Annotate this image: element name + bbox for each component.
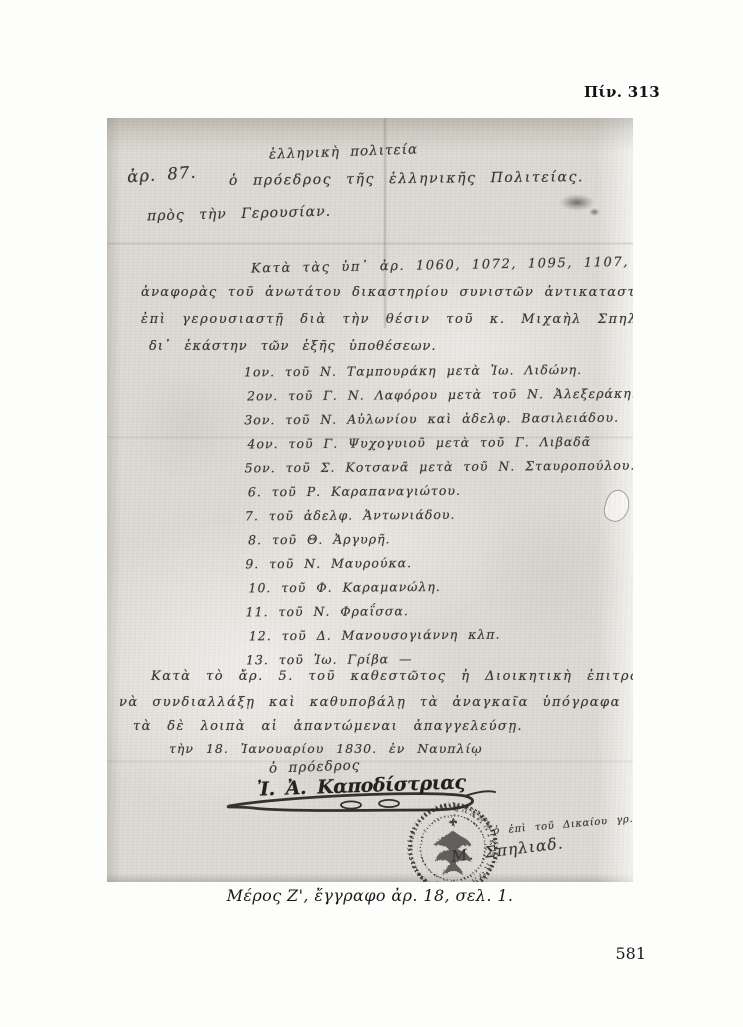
manuscript-doc-number: ἀρ. 87. [126, 163, 197, 187]
case-item: 1ον. τοῦ Ν. Ταμπουράκη μετὰ Ἰω. Λιδώνη. [244, 362, 633, 389]
case-item: 3ον. τοῦ Ν. Αὐλωνίου καὶ ἀδελφ. Βασιλειά… [244, 410, 633, 437]
signature-title: ὁ πρόεδρος [269, 757, 361, 776]
manuscript-issuer: ὁ πρόεδρος τῆς ἑλληνικῆς Πολιτείας. [229, 169, 584, 189]
plate-label: Πίν. 313 [584, 83, 660, 101]
horizontal-fold-crease [107, 242, 633, 245]
case-item: 7. τοῦ ἀδελφ. Ἀντωνιάδου. [245, 506, 633, 533]
manuscript-recipient: πρὸς τὴν Γερουσίαν. [147, 204, 331, 225]
manuscript-photo: ἑλληνικὴ πολιτεία ἀρ. 87. ὁ πρόεδρος τῆς… [107, 118, 633, 882]
case-item: 2ον. τοῦ Γ. Ν. Λαφόρου μετὰ τοῦ Ν. Ἀλεξε… [247, 386, 633, 413]
case-item: 9. τοῦ Ν. Μαυρούκα. [245, 554, 633, 581]
closing-line: τὰ δὲ λοιπὰ αἱ ἀπαντώμεναι ἀπαγγελεύσῃ. [133, 719, 523, 734]
manuscript-title: ἑλληνικὴ πολιτεία [269, 141, 419, 162]
case-item: 5ον. τοῦ Σ. Κοτσανᾶ μετὰ τοῦ Ν. Σταυροπο… [245, 458, 633, 485]
phoenix-state-seal-icon: ΕΛΛΗΝΙΚΗ ΠΟΛΙΤΕΙΑ [407, 802, 499, 882]
figure-caption: Μέρος Ζ', ἔγγραφο ἀρ. 18, σελ. 1. [107, 886, 633, 905]
horizontal-fold-crease [107, 760, 633, 763]
closing-line: νὰ συνδιαλλάξῃ καὶ καθυποβάλῃ τὰ ἀναγκαῖ… [119, 695, 621, 710]
case-item: 6. τοῦ Ρ. Καραπαναγιώτου. [248, 482, 633, 509]
body-line: δι᾽ ἑκάστην τῶν ἑξῆς ὑποθέσεων. [149, 339, 436, 354]
body-line: Κατὰ τὰς ὑπ᾽ ἀρ. 1060, 1072, 1095, 1107,… [251, 252, 633, 276]
book-page: Πίν. 313 ἑλληνικὴ πολιτεία ἀρ. 87. ὁ πρό… [0, 0, 743, 1027]
countersignature-office: ὁ ἐπὶ τοῦ Δικαίου γρ. Γραφ. [493, 810, 633, 837]
dateline: τὴν 18. Ἰανουαρίου 1830. ἐν Ναυπλίῳ [169, 741, 483, 756]
body-line: ἐπὶ γερουσιαστῇ διὰ τὴν θέσιν τοῦ κ. Μιχ… [141, 312, 633, 327]
ink-smudge [589, 208, 600, 216]
case-list: 1ον. τοῦ Ν. Ταμπουράκη μετὰ Ἰω. Λιδώνη. … [244, 362, 633, 677]
case-item: 12. τοῦ Δ. Μανουσογιάννη κλπ. [249, 626, 633, 653]
case-item: 10. τοῦ Φ. Καραμανώλη. [248, 578, 633, 605]
case-item: 11. τοῦ Ν. Φραΐσσα. [246, 602, 633, 629]
case-item: 8. τοῦ Θ. Ἀργυρῆ. [248, 530, 633, 557]
page-number: 581 [615, 944, 646, 963]
closing-line: Κατὰ τὸ ἄρ. 5. τοῦ καθεστῶτος ἡ Διοικητι… [151, 669, 633, 684]
case-item: 4ον. τοῦ Γ. Ψυχογυιοῦ μετὰ τοῦ Γ. Λιβαδᾶ [247, 434, 633, 461]
body-line: ἀναφορὰς τοῦ ἀνωτάτου δικαστηρίου συνιστ… [141, 285, 633, 300]
